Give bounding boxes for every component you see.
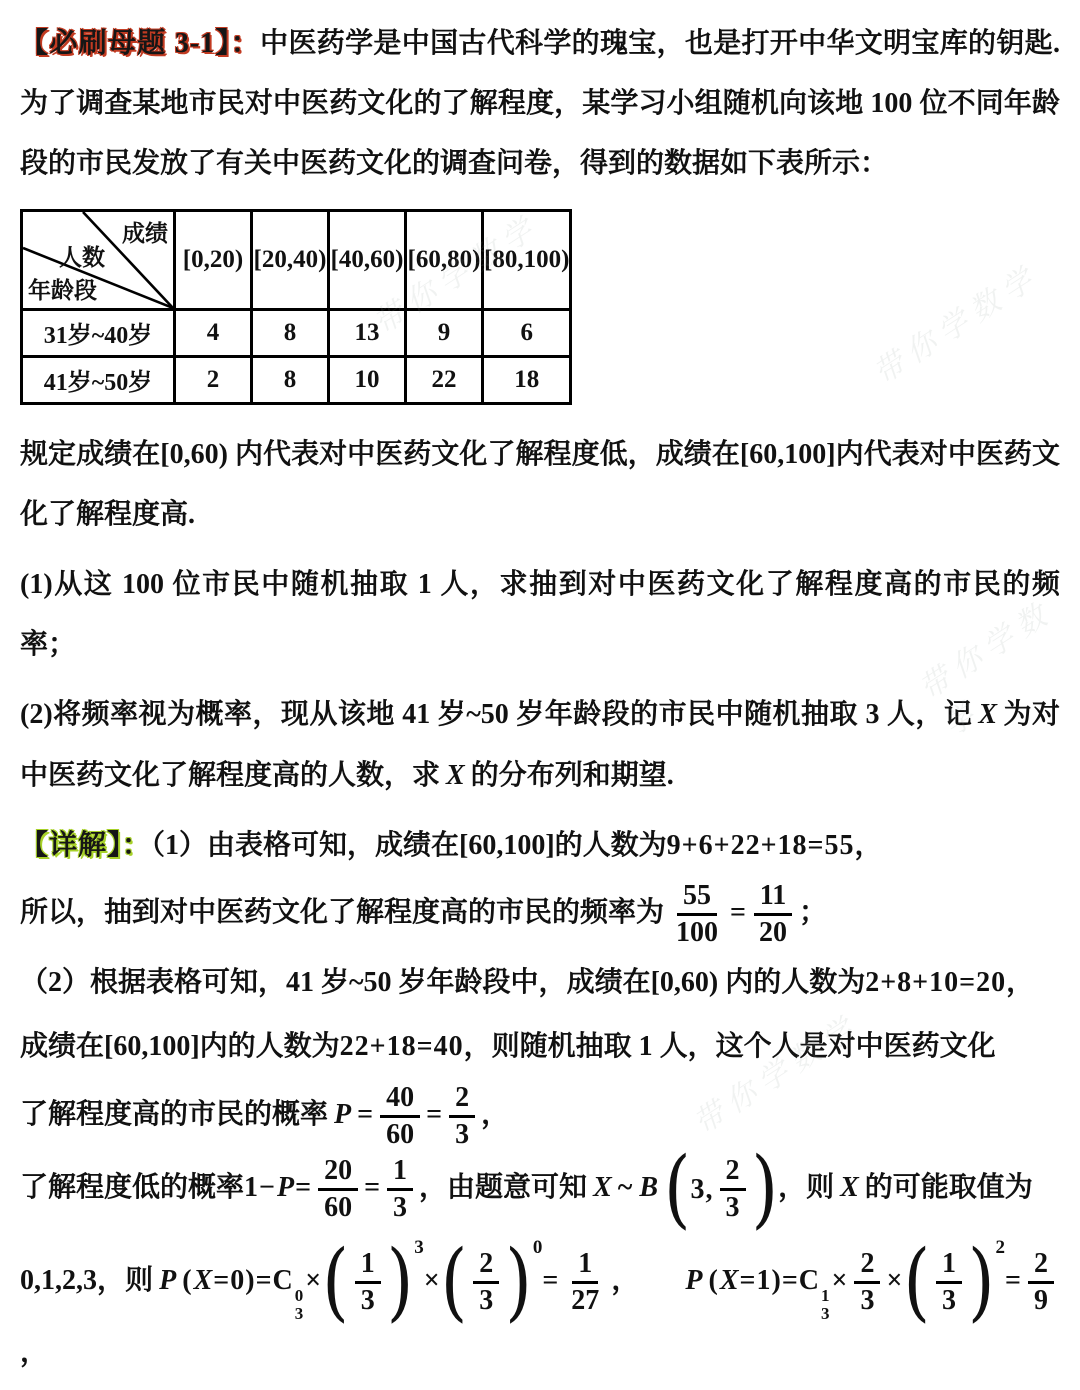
table-cell: 9 [406,309,483,356]
denominator: 27 [565,1284,605,1317]
comma: ， [419,1172,447,1203]
numerator: 55 [677,880,717,916]
paren-fraction: (23) [441,1248,532,1317]
solution-line-4: 成绩在[60,100]内的人数为22+18=40，则随机抽取 1 人，这个人是对… [20,1017,1060,1077]
solution-tag: 【详解】： [20,830,151,861]
solution-6-text-a: 了解程度低的概率 [20,1172,244,1203]
times-sign: × [305,1265,322,1296]
survey-data-table: 成绩 人数 年龄段 [0,20) [20,40) [40,60) [60,80)… [20,209,572,405]
fraction: 29 [1028,1248,1054,1317]
tilde: ~ [618,1172,634,1203]
question-2: (2)将频率视为概率，现从该地 41 岁~50 岁年龄段的市民中随机抽取 3 人… [20,685,1060,805]
corner-label-count: 人数 [59,239,105,272]
equals-sign: = [1005,1265,1022,1296]
equals-sign: = [782,1265,799,1296]
right-paren: ) [387,1240,414,1325]
solution-line-2: 所以，抽到对中医药文化了解程度高的市民的频率为55100=1120； [20,880,1060,949]
superscript: 1 [821,1287,830,1305]
solution-6-text-b: 由题意可知 [447,1172,587,1203]
left-paren: ( [322,1240,349,1325]
subscript: 3 [295,1305,304,1323]
math-var-P: P [685,1265,702,1296]
rule-text: 规定成绩在[0,60) 内代表对中医药文化了解程度低，成绩在[60,100]内代… [20,439,1060,530]
solution-5-text: 了解程度高的市民的概率 [20,1099,328,1130]
solution-3-text: （2）根据表格可知，41 岁~50 岁年龄段中，成绩在[0,60) 内的人数为 [20,967,865,998]
subscript: 3 [821,1305,830,1323]
fraction: 23 [473,1248,499,1317]
exponent: 0 [533,1237,543,1258]
sum-expression: 22+18=40 [340,1031,464,1062]
equals-sign: = [364,1172,381,1203]
solution-1-text: （1）由表格可知，成绩在[60,100]的人数为 [151,830,667,861]
left-paren: ( [182,1265,192,1296]
times-sign: × [886,1265,903,1296]
denominator: 3 [449,1118,475,1151]
paren-fraction: (13) [903,1248,994,1317]
fraction: 4060 [380,1082,420,1151]
numerator: 20 [318,1155,358,1191]
question-1-text: (1)从这 100 位市民中随机抽取 1 人，求抽到对中医药文化了解程度高的市民… [20,569,1060,660]
times-sign: × [832,1265,849,1296]
numerator: 11 [754,880,792,916]
solution-4-text-b: ，则随机抽取 1 人，这个人是对中医药文化 [464,1031,996,1062]
table-cell: 13 [329,309,406,356]
col-header: [60,80) [406,210,483,309]
table-cell: 2 [175,356,252,403]
question-1: (1)从这 100 位市民中随机抽取 1 人，求抽到对中医药文化了解程度高的市民… [20,555,1060,675]
denominator: 60 [380,1118,420,1151]
corner-label-age: 年龄段 [28,272,97,305]
fraction: 23 [449,1082,475,1151]
left-paren: ( [441,1240,468,1325]
math-worksheet-page: 带你学数学 带你学数学 带你学数学 带你学数学 【必刷母题 3-1】：中医药学是… [0,0,1080,1390]
left-paren: ( [709,1265,719,1296]
superscript: 0 [295,1287,304,1305]
math-var-P: P [334,1099,351,1130]
comma: ， [611,1265,639,1296]
denominator: 9 [1028,1284,1054,1317]
right-paren: ) [505,1240,532,1325]
sum-expression: 9+6+22+18=55 [667,830,855,861]
equals-zero: =0 [213,1265,245,1296]
right-paren: ) [752,1147,779,1232]
problem-intro: 【必刷母题 3-1】：中医药学是中国古代科学的瑰宝，也是打开中华文明宝库的钥匙.… [20,14,1060,195]
solution-7-text: 0,1,2,3，则 [20,1265,153,1296]
col-header: [80,100) [483,210,571,309]
equals-sign: = [295,1172,312,1203]
combination-indices: 13 [821,1287,830,1323]
table-cell: 8 [252,356,329,403]
table-cell: 4 [175,309,252,356]
right-paren: ) [771,1265,781,1296]
fraction: 13 [355,1248,381,1317]
row-label: 31岁~40岁 [22,309,175,356]
solution-4-text-a: 成绩在[60,100]内的人数为 [20,1031,340,1062]
comma: ， [20,1337,48,1368]
equals-sign: = [357,1099,374,1130]
denominator: 3 [387,1191,413,1224]
math-var-X: X [446,760,465,791]
numerator: 2 [854,1248,880,1284]
semicolon: ； [799,897,827,928]
watermark: 带你学数学 [863,252,1046,392]
solution-2-text: 所以，抽到对中医药文化了解程度高的市民的频率为 [20,897,664,928]
fraction: 13 [936,1248,962,1317]
col-header: [0,20) [175,210,252,309]
sum-expression: 2+8+10=20 [865,967,1006,998]
denominator: 3 [355,1284,381,1317]
math-var-X: X [978,699,997,730]
comma: ， [481,1099,509,1130]
denominator: 20 [753,916,793,949]
binomial-n: 3, [691,1160,714,1220]
numerator: 1 [936,1248,962,1284]
denominator: 100 [670,916,724,949]
equals-one: =1 [740,1265,772,1296]
numerator: 2 [473,1248,499,1284]
math-var-X: X [593,1172,612,1203]
table-cell: 8 [252,309,329,356]
left-paren: ( [903,1240,930,1325]
table-cell: 18 [483,356,571,403]
math-var-P: P [159,1265,176,1296]
denominator: 3 [473,1284,499,1317]
math-var-P: P [277,1172,294,1203]
math-var-X: X [720,1265,739,1296]
corner-label-score: 成绩 [122,215,168,248]
solution-6-text-d: 的可能取值为 [865,1172,1033,1203]
table-cell: 6 [483,309,571,356]
rule-paragraph: 规定成绩在[0,60) 内代表对中医药文化了解程度低，成绩在[60,100]内代… [20,425,1060,545]
table-cell: 10 [329,356,406,403]
table-corner-cell: 成绩 人数 年龄段 [22,210,175,309]
equals-sign: = [730,897,747,928]
solution-line-3: （2）根据表格可知，41 岁~50 岁年龄段中，成绩在[0,60) 内的人数为2… [20,953,1060,1013]
solution-line-5: 了解程度高的市民的概率P=4060=23， [20,1082,1060,1151]
numerator: 1 [355,1248,381,1284]
right-paren: ) [968,1240,995,1325]
table-header-row: 成绩 人数 年龄段 [0,20) [20,40) [40,60) [60,80)… [22,210,571,309]
times-sign: × [424,1265,441,1296]
numerator: 2 [720,1155,746,1191]
denominator: 3 [936,1284,962,1317]
solution-line-7: 0,1,2,3，则P(X=0)=C03×(13)3×(23)0=127，P(X=… [20,1228,1060,1383]
table-row: 31岁~40岁 4 8 13 9 6 [22,309,571,356]
solution-6-text-c: ，则 [778,1172,834,1203]
fraction: 127 [565,1248,605,1317]
math-var-B: B [639,1172,658,1203]
one-minus: 1− [244,1172,276,1203]
fraction: 55100 [670,880,724,949]
question-2-text-a: (2)将频率视为概率，现从该地 41 岁~50 岁年龄段的市民中随机抽取 3 人… [20,699,972,730]
equals-sign: = [256,1265,273,1296]
row-label: 41岁~50岁 [22,356,175,403]
fraction: 2060 [318,1155,358,1224]
col-header: [40,60) [329,210,406,309]
math-var-X: X [840,1172,859,1203]
combination-indices: 03 [295,1287,304,1323]
exponent: 2 [996,1237,1006,1258]
fraction: 23 [854,1248,880,1317]
combination-C: C [273,1265,294,1296]
left-paren: ( [664,1147,691,1232]
denominator: 3 [720,1191,746,1224]
binomial-parameters: (3,23) [664,1155,778,1224]
solution-line-6: 了解程度低的概率1−P=2060=13，由题意可知X~B(3,23)，则X的可能… [20,1155,1060,1224]
col-header: [20,40) [252,210,329,309]
fraction: 13 [387,1155,413,1224]
numerator: 1 [387,1155,413,1191]
numerator: 40 [380,1082,420,1118]
numerator: 2 [1028,1248,1054,1284]
equals-sign: = [542,1265,559,1296]
right-paren: ) [245,1265,255,1296]
problem-tag: 【必刷母题 3-1】： [20,28,260,59]
denominator: 60 [318,1191,358,1224]
solution-line-1: 【详解】：（1）由表格可知，成绩在[60,100]的人数为9+6+22+18=5… [20,816,1060,876]
math-var-X: X [194,1265,213,1296]
table-cell: 22 [406,356,483,403]
denominator: 3 [854,1284,880,1317]
fraction: 23 [720,1155,746,1224]
paren-fraction: (13) [322,1248,413,1317]
exponent: 3 [414,1237,424,1258]
fraction: 1120 [753,880,793,949]
numerator: 2 [449,1082,475,1118]
combination-C: C [799,1265,820,1296]
solution-3-comma: ， [1006,967,1034,998]
numerator: 1 [572,1248,598,1284]
table-row: 41岁~50岁 2 8 10 22 18 [22,356,571,403]
solution-1-comma: ， [855,830,883,861]
question-2-text-c: 的分布列和期望. [471,760,674,791]
equals-sign: = [426,1099,443,1130]
